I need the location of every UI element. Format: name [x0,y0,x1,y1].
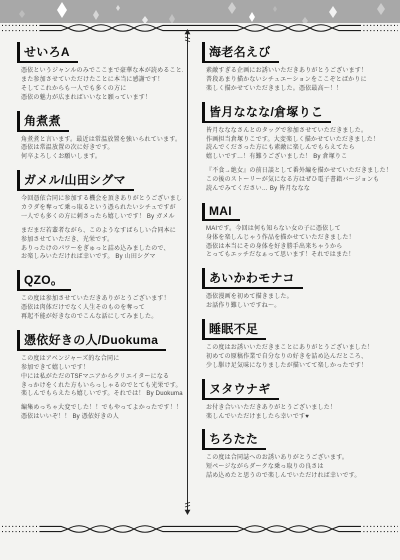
comment-paragraph: MAIです。今回は何も知らない女の子に憑依して身体を楽しんじゃう作品を描かせてい… [206,225,394,261]
comment-line: この度は参加させていただきありがとうございます！ [21,295,183,304]
comment-line: ありったけのパワーをぎゅっと詰め込みましたので、 [21,245,183,254]
comment-line: この度は合同誌へのお誘いありがとうございます。 [206,454,394,463]
comment-line: 楽しく描かせていただきました。憑依最高～！！ [206,85,394,94]
comment-line: きっかけをくれた方もいらっしゃるのでとても光栄です。 [21,382,183,391]
comment-line: この度はアベンジャーズ的な合同に [21,355,183,364]
credit-section: 睡眠不足この度はお誘いいただきまことにありがとうございました！初めての原稿作業で… [202,319,394,371]
comment-paragraph: 『不食→絶女』の前日談として番外編を描かせていただきました！この後のストーリーが… [206,167,394,194]
credit-section: 皆月ななな/倉塚りこ皆月なななさんとのタッグで参加させていただきました。作画担当… [202,102,394,194]
comment-paragraph: この度はアベンジャーズ的な合同に参加できて嬉しいです！中には私がただのTSFマニ… [21,355,183,399]
comment-paragraph: お付き合いいただきありがとうございました！楽しんでいただけましたら幸いです♥ [206,404,394,422]
comment-line: 『不食→絶女』の前日談として番外編を描かせていただきました！ [206,167,394,176]
comment-line: 詰め込めたと思うので楽しんでいただければ幸いです。 [206,472,394,481]
comment-paragraph: この度は合同誌へのお誘いありがとうございます。短ページながらダークな乗っ取りの良… [206,454,394,481]
comment-paragraph: この度はお誘いいただきまことにありがとうございました！初めての原稿作業で自分なり… [206,344,394,371]
credits-column-left: せいろA憑依というジャンルのみでここまで豪華な本が読めること、また参加させていた… [17,42,183,520]
comment-line: 参加させていただき、光栄です。 [21,236,183,245]
comment-line: 憑依は本当にその身体を好き勝手出来ちゃうから [206,243,394,252]
sparkle-icon [0,0,400,23]
comment-line: MAIです。今回は何も知らない女の子に憑依して [206,225,394,234]
comment-paragraph: 編集めっちゃ大変でした！！でもやってよかったです！！憑依はいいぞ！！ By 憑依… [21,404,183,422]
comment-line: 角煮煮と言います。最近は常温放置を強いられています。 [21,136,183,145]
comment-line: お楽しみいただければ幸いです。 By 山田シグマ [21,253,183,262]
comment-line: 憑依というジャンルのみでここまで豪華な本が読めること、 [21,67,183,76]
comment-line: 読んでくださった方にも素敵に楽しんでもらえてたら [206,144,394,153]
contributor-name: 睡眠不足 [202,319,266,340]
comment-paragraph: 素敵すぎる企画にお誘いいただきありがとうございます！普段あまり描かないシチュエー… [206,67,394,94]
contributor-name: QZO。 [17,270,71,291]
comment-line: 嬉しいです…！有難うございました！ By 倉塚りこ [206,153,394,162]
comment-line: 憑依漫画を初めて描きました。 [206,293,394,302]
comment-line: 素敵すぎる企画にお誘いいただきありがとうございます！ [206,67,394,76]
comment-line: まだまだ若輩者ながら、このようなすばらしい合同本に [21,227,183,236]
contributor-name: 海老名えび [202,42,279,63]
comment-line: 中には私がただのTSFマニアからクリエイターになる [21,373,183,382]
credit-section: ヌタウナギお付き合いいただきありがとうございました！楽しんでいただけましたら幸い… [202,379,394,422]
comment-line: 初めての原稿作業で自分なりの好きを詰め込んだところ、 [206,353,394,362]
comment-line: 再起不能が好きなのでこんな話にしてみました。 [21,313,183,322]
comment-paragraph: 憑依漫画を初めて描きました。お話作り難しいですね～。 [206,293,394,311]
contributor-name: 角煮煮 [17,111,69,132]
contributor-name: MAI [202,203,240,221]
comment-line: 一人でも多くの方に刺さったら嬉しいです！ By ガメル [21,213,183,222]
rope-border-top [0,21,400,35]
rope-border-bottom [0,522,400,536]
credits-column-right: 海老名えび素敵すぎる企画にお誘いいただきありがとうございます！普段あまり描かない… [202,42,394,520]
contributor-name: ガメル/山田シグマ [17,170,134,191]
comment-line: 読んでみてください… By 皆月ななな [206,185,394,194]
comment-paragraph: まだまだ若輩者ながら、このようなすばらしい合同本に参加させていただき、光栄です。… [21,227,183,263]
comment-paragraph: 憑依というジャンルのみでここまで豪華な本が読めること、また参加させていただけたこ… [21,67,183,103]
comment-paragraph: 皆月なななさんとのタッグで参加させていただきました。作画担当倉塚りこです。大変楽… [206,127,394,163]
comment-line: 少し駆け足気味になりましたが描いてて楽しかったです！ [206,362,394,371]
comment-line: 編集めっちゃ大変でした！！でもやってよかったです！！ [21,404,183,413]
comment-line: 憑依の魅力が広まればいいなと願っています！ [21,94,183,103]
comment-line: 憑依はいいぞ！！ By 憑依好きの人 [21,413,183,422]
comment-line: 身体を楽しんじゃう作品を描かせていただきました！ [206,234,394,243]
divider-arrow-bottom-icon [182,500,193,515]
comment-line: 楽しんでいただけましたら幸いです♥ [206,413,394,422]
contributor-name: 皆月ななな/倉塚りこ [202,102,331,123]
credit-section: 海老名えび素敵すぎる企画にお誘いいただきありがとうございます！普段あまり描かない… [202,42,394,94]
credit-section: ちろたたこの度は合同誌へのお誘いありがとうございます。短ページながらダークな乗っ… [202,429,394,481]
comment-line: また参加させていただけたことに本当に感謝です！ [21,76,183,85]
credit-section: QZO。この度は参加させていただきありがとうございます！憑依は肉体だけでなく人生… [17,270,183,322]
comment-line: お付き合いいただきありがとうございました！ [206,404,394,413]
contributor-name: ちろたた [202,429,266,450]
divider-arrow-top-icon [182,29,193,44]
comment-line: この後のストーリーが気になる方はぜひ電子書籍バージョンも [206,176,394,185]
comment-line: 普段あまり描かないシチュエーションをここぞとばかりに [206,76,394,85]
credit-section: 憑依好きの人/Duokumaこの度はアベンジャーズ的な合同に参加できて嬉しいです… [17,330,183,422]
comment-line: この度はお誘いいただきまことにありがとうございました！ [206,344,394,353]
comment-paragraph: この度は参加させていただきありがとうございます！憑依は肉体だけでなく人生そのもの… [21,295,183,322]
comment-line: 皆月なななさんとのタッグで参加させていただきました。 [206,127,394,136]
credit-section: あいかわモナコ憑依漫画を初めて描きました。お話作り難しいですね～。 [202,268,394,311]
credit-section: ガメル/山田シグマ今回憑依合同に参加する機会を頂きありがとうございました！カラダ… [17,170,183,262]
comment-line: 憑依は肉体だけでなく人生そのものを奪って [21,304,183,313]
credits-page: せいろA憑依というジャンルのみでここまで豪華な本が読めること、また参加させていた… [0,0,400,560]
contributor-name: あいかわモナコ [202,268,303,289]
comment-line: 何卒よろしくお願いします。 [21,153,183,162]
comment-line: 憑依は常温放置の次に好きです。 [21,144,183,153]
comment-line: 楽しんでもらえたら嬉しいです。それでは！ By Duokuma [21,390,183,399]
contributor-name: 憑依好きの人/Duokuma [17,330,166,351]
credit-section: 角煮煮角煮煮と言います。最近は常温放置を強いられています。憑依は常温放置の次に好… [17,111,183,163]
comment-line: そしてこれからも一人でも多くの方に [21,85,183,94]
comment-line: 今回憑依合同に参加する機会を頂きありがとうございました！ [21,195,183,204]
contributor-name: ヌタウナギ [202,379,279,400]
column-divider [187,44,188,500]
comment-line: 参加できて嬉しいです！ [21,364,183,373]
contributor-name: せいろA [17,42,78,63]
comment-line: 作画担当倉塚りこです。大変楽しく描かせていただきました！ [206,136,394,145]
credit-section: MAIMAIです。今回は何も知らない女の子に憑依して身体を楽しんじゃう作品を描か… [202,202,394,261]
comment-line: カラダを奪って乗っ取るという憑られたいシチュですが [21,204,183,213]
comment-paragraph: 今回憑依合同に参加する機会を頂きありがとうございました！カラダを奪って乗っ取ると… [21,195,183,222]
credit-section: せいろA憑依というジャンルのみでここまで豪華な本が読めること、また参加させていた… [17,42,183,103]
top-banner [0,0,400,23]
comment-line: お話作り難しいですね～。 [206,302,394,311]
comment-line: とってもエッチだなぁって思います！それではまた！ [206,251,394,260]
comment-paragraph: 角煮煮と言います。最近は常温放置を強いられています。憑依は常温放置の次に好きです… [21,136,183,163]
comment-line: 短ページながらダークな乗っ取りの良さは [206,463,394,472]
